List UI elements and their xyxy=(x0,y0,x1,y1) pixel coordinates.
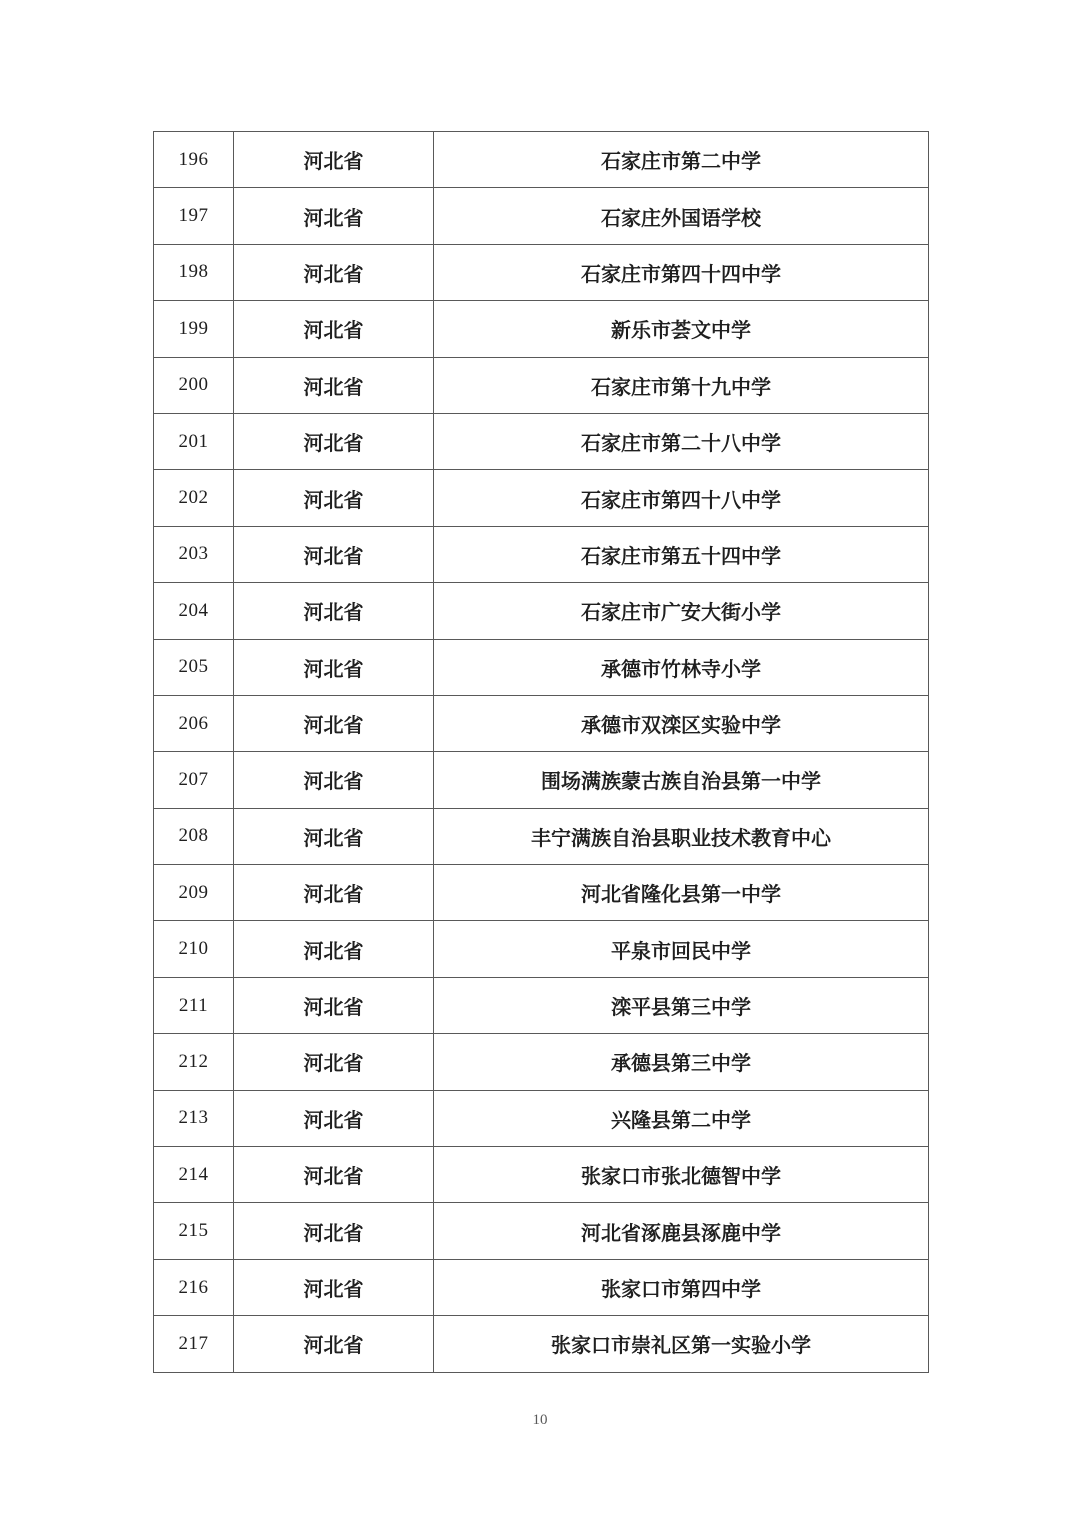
province-cell: 河北省 xyxy=(234,413,434,469)
province-cell: 河北省 xyxy=(234,1316,434,1372)
row-number-cell: 208 xyxy=(154,808,234,864)
table-row: 207河北省围场满族蒙古族自治县第一中学 xyxy=(154,752,929,808)
school-name-cell: 承德市双滦区实验中学 xyxy=(434,695,929,751)
row-number-cell: 202 xyxy=(154,470,234,526)
province-cell: 河北省 xyxy=(234,1147,434,1203)
row-number-cell: 209 xyxy=(154,865,234,921)
province-cell: 河北省 xyxy=(234,695,434,751)
school-name-cell: 围场满族蒙古族自治县第一中学 xyxy=(434,752,929,808)
school-name-cell: 新乐市荟文中学 xyxy=(434,301,929,357)
school-table: 196河北省石家庄市第二中学197河北省石家庄外国语学校198河北省石家庄市第四… xyxy=(153,131,929,1373)
province-cell: 河北省 xyxy=(234,921,434,977)
row-number-cell: 197 xyxy=(154,188,234,244)
school-name-cell: 张家口市第四中学 xyxy=(434,1259,929,1315)
table-row: 202河北省石家庄市第四十八中学 xyxy=(154,470,929,526)
province-cell: 河北省 xyxy=(234,639,434,695)
row-number-cell: 213 xyxy=(154,1090,234,1146)
table-row: 197河北省石家庄外国语学校 xyxy=(154,188,929,244)
province-cell: 河北省 xyxy=(234,977,434,1033)
row-number-cell: 216 xyxy=(154,1259,234,1315)
school-name-cell: 承德县第三中学 xyxy=(434,1034,929,1090)
row-number-cell: 215 xyxy=(154,1203,234,1259)
table-row: 199河北省新乐市荟文中学 xyxy=(154,301,929,357)
row-number-cell: 211 xyxy=(154,977,234,1033)
school-name-cell: 石家庄市第二十八中学 xyxy=(434,413,929,469)
school-table-body: 196河北省石家庄市第二中学197河北省石家庄外国语学校198河北省石家庄市第四… xyxy=(154,132,929,1373)
school-name-cell: 张家口市崇礼区第一实验小学 xyxy=(434,1316,929,1372)
row-number-cell: 205 xyxy=(154,639,234,695)
school-name-cell: 兴隆县第二中学 xyxy=(434,1090,929,1146)
school-name-cell: 张家口市张北德智中学 xyxy=(434,1147,929,1203)
table-row: 201河北省石家庄市第二十八中学 xyxy=(154,413,929,469)
table-row: 213河北省兴隆县第二中学 xyxy=(154,1090,929,1146)
school-name-cell: 滦平县第三中学 xyxy=(434,977,929,1033)
table-row: 198河北省石家庄市第四十四中学 xyxy=(154,244,929,300)
row-number-cell: 217 xyxy=(154,1316,234,1372)
school-name-cell: 丰宁满族自治县职业技术教育中心 xyxy=(434,808,929,864)
province-cell: 河北省 xyxy=(234,244,434,300)
school-name-cell: 石家庄市第四十四中学 xyxy=(434,244,929,300)
table-row: 200河北省石家庄市第十九中学 xyxy=(154,357,929,413)
province-cell: 河北省 xyxy=(234,470,434,526)
school-name-cell: 石家庄市第四十八中学 xyxy=(434,470,929,526)
school-name-cell: 平泉市回民中学 xyxy=(434,921,929,977)
province-cell: 河北省 xyxy=(234,865,434,921)
province-cell: 河北省 xyxy=(234,583,434,639)
row-number-cell: 214 xyxy=(154,1147,234,1203)
province-cell: 河北省 xyxy=(234,301,434,357)
table-row: 214河北省张家口市张北德智中学 xyxy=(154,1147,929,1203)
row-number-cell: 199 xyxy=(154,301,234,357)
row-number-cell: 201 xyxy=(154,413,234,469)
school-name-cell: 石家庄市第五十四中学 xyxy=(434,526,929,582)
row-number-cell: 200 xyxy=(154,357,234,413)
province-cell: 河北省 xyxy=(234,1259,434,1315)
row-number-cell: 203 xyxy=(154,526,234,582)
row-number-cell: 198 xyxy=(154,244,234,300)
province-cell: 河北省 xyxy=(234,188,434,244)
table-row: 217河北省张家口市崇礼区第一实验小学 xyxy=(154,1316,929,1372)
table-row: 212河北省承德县第三中学 xyxy=(154,1034,929,1090)
province-cell: 河北省 xyxy=(234,357,434,413)
table-row: 211河北省滦平县第三中学 xyxy=(154,977,929,1033)
table-row: 196河北省石家庄市第二中学 xyxy=(154,132,929,188)
document-page: 196河北省石家庄市第二中学197河北省石家庄外国语学校198河北省石家庄市第四… xyxy=(0,0,1080,1527)
table-row: 208河北省丰宁满族自治县职业技术教育中心 xyxy=(154,808,929,864)
province-cell: 河北省 xyxy=(234,132,434,188)
table-row: 203河北省石家庄市第五十四中学 xyxy=(154,526,929,582)
table-row: 216河北省张家口市第四中学 xyxy=(154,1259,929,1315)
school-name-cell: 承德市竹林寺小学 xyxy=(434,639,929,695)
school-name-cell: 石家庄市广安大街小学 xyxy=(434,583,929,639)
province-cell: 河北省 xyxy=(234,808,434,864)
row-number-cell: 196 xyxy=(154,132,234,188)
school-name-cell: 石家庄市第十九中学 xyxy=(434,357,929,413)
row-number-cell: 210 xyxy=(154,921,234,977)
school-name-cell: 河北省隆化县第一中学 xyxy=(434,865,929,921)
row-number-cell: 212 xyxy=(154,1034,234,1090)
province-cell: 河北省 xyxy=(234,1034,434,1090)
province-cell: 河北省 xyxy=(234,526,434,582)
table-row: 210河北省平泉市回民中学 xyxy=(154,921,929,977)
province-cell: 河北省 xyxy=(234,1090,434,1146)
row-number-cell: 206 xyxy=(154,695,234,751)
school-name-cell: 河北省涿鹿县涿鹿中学 xyxy=(434,1203,929,1259)
table-row: 209河北省河北省隆化县第一中学 xyxy=(154,865,929,921)
table-row: 205河北省承德市竹林寺小学 xyxy=(154,639,929,695)
row-number-cell: 207 xyxy=(154,752,234,808)
table-row: 204河北省石家庄市广安大街小学 xyxy=(154,583,929,639)
school-name-cell: 石家庄市第二中学 xyxy=(434,132,929,188)
province-cell: 河北省 xyxy=(234,752,434,808)
page-number: 10 xyxy=(0,1412,1080,1429)
province-cell: 河北省 xyxy=(234,1203,434,1259)
table-row: 215河北省河北省涿鹿县涿鹿中学 xyxy=(154,1203,929,1259)
school-name-cell: 石家庄外国语学校 xyxy=(434,188,929,244)
table-row: 206河北省承德市双滦区实验中学 xyxy=(154,695,929,751)
row-number-cell: 204 xyxy=(154,583,234,639)
